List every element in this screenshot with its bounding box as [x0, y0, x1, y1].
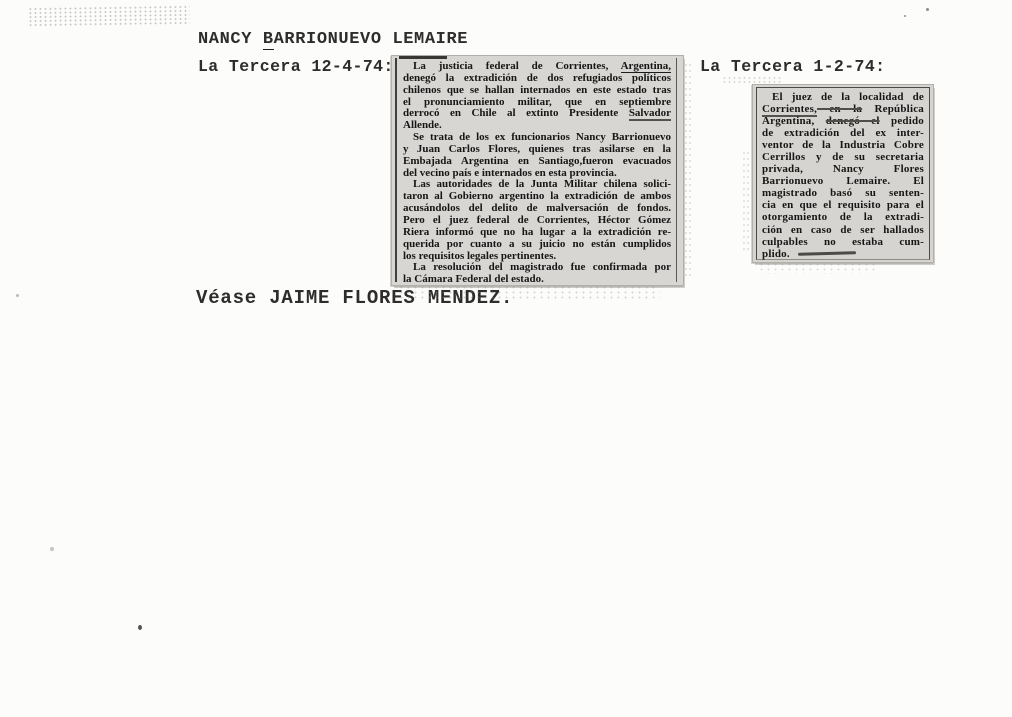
clipping-line: Embajada Argentina en Santiago,fueron ev…: [403, 156, 671, 168]
clipping-line: plido.: [762, 248, 924, 260]
scanned-archive-page: NANCY BARRIONUEVO LEMAIRE La Tercera 12-…: [0, 0, 1012, 717]
clipping-right-text: El juez de la localidad deCorrientes, en…: [756, 87, 930, 260]
clipping-line: otorgamiento de la extradi-: [762, 211, 924, 223]
text-segment: pedido: [880, 115, 924, 127]
scan-noise: [28, 5, 190, 27]
scan-speckle: [722, 76, 782, 83]
scan-speckle: [758, 262, 878, 274]
clipping-line: Corrientes, en la República: [762, 103, 924, 115]
clipping-line: chilenos que se hallan internados en est…: [403, 85, 671, 97]
clipping-line: Cerrillos y de su secretaria: [762, 151, 924, 163]
text-segment: República: [862, 103, 924, 115]
clipping-line: ventor de la Industria Cobre: [762, 139, 924, 151]
scan-speckle: [742, 150, 751, 250]
clipping-left-text: La justicia federal de Corrientes, Argen…: [395, 58, 677, 282]
source-label-right: La Tercera 1-2-74:: [700, 57, 885, 76]
clipping-line: El juez de la localidad de: [762, 91, 924, 103]
text-segment: Argentina,: [762, 115, 826, 127]
strike-mark: denegó el: [826, 115, 880, 127]
text-segment: derrocó en Chile al extinto Presidente: [403, 107, 629, 119]
newspaper-clipping-left: La justicia federal de Corrientes, Argen…: [391, 55, 684, 286]
scan-speck: [16, 294, 19, 297]
clipping-line: ción en caso de ser hallados: [762, 224, 924, 236]
text-segment: ARRIONUEVO LEMAIRE: [274, 30, 468, 49]
scan-speck: [926, 8, 929, 11]
newspaper-clipping-right: El juez de la localidad deCorrientes, en…: [752, 84, 934, 263]
clipping-line: cia en que el requisito para el: [762, 199, 924, 211]
scan-speckle: [684, 62, 693, 280]
clipping-line: y Juan Carlos Flores, quienes tras asila…: [403, 144, 671, 156]
clipping-line: de extradición del ex inter-: [762, 127, 924, 139]
text-segment: La justicia federal de Corrientes,: [413, 60, 621, 72]
clipping-line: Argentina, denegó el pedido: [762, 115, 924, 127]
clipping-line: privada, Nancy Flores: [762, 163, 924, 175]
text-segment: plido.: [762, 248, 790, 260]
scan-speck: [904, 15, 906, 17]
scan-speck: [138, 625, 142, 630]
underline-mark: B: [263, 30, 274, 50]
clipping-line: denegó la extradición de dos refugiados …: [403, 73, 671, 85]
strike-mark: en la: [817, 103, 862, 115]
clipping-line: derrocó en Chile al extinto Presidente S…: [403, 108, 671, 120]
clipping-line: Barrionuevo Lemaire. El: [762, 175, 924, 187]
pencil-mark: Salvador: [629, 107, 671, 121]
source-label-left: La Tercera 12-4-74:: [198, 57, 394, 76]
clipping-line: magistrado basó su senten-: [762, 187, 924, 199]
subject-name: NANCY BARRIONUEVO LEMAIRE: [198, 30, 468, 49]
clipping-line: culpables no estaba cum-: [762, 236, 924, 248]
pencil-smudge: [398, 285, 660, 299]
clipping-line: querida por cuanto a su juicio no están …: [403, 239, 671, 251]
scan-speck: [50, 547, 54, 551]
text-segment: NANCY: [198, 30, 263, 49]
hline-mark: [798, 251, 856, 256]
clipping-line: Riera informó que no ha lugar a la extra…: [403, 227, 671, 239]
